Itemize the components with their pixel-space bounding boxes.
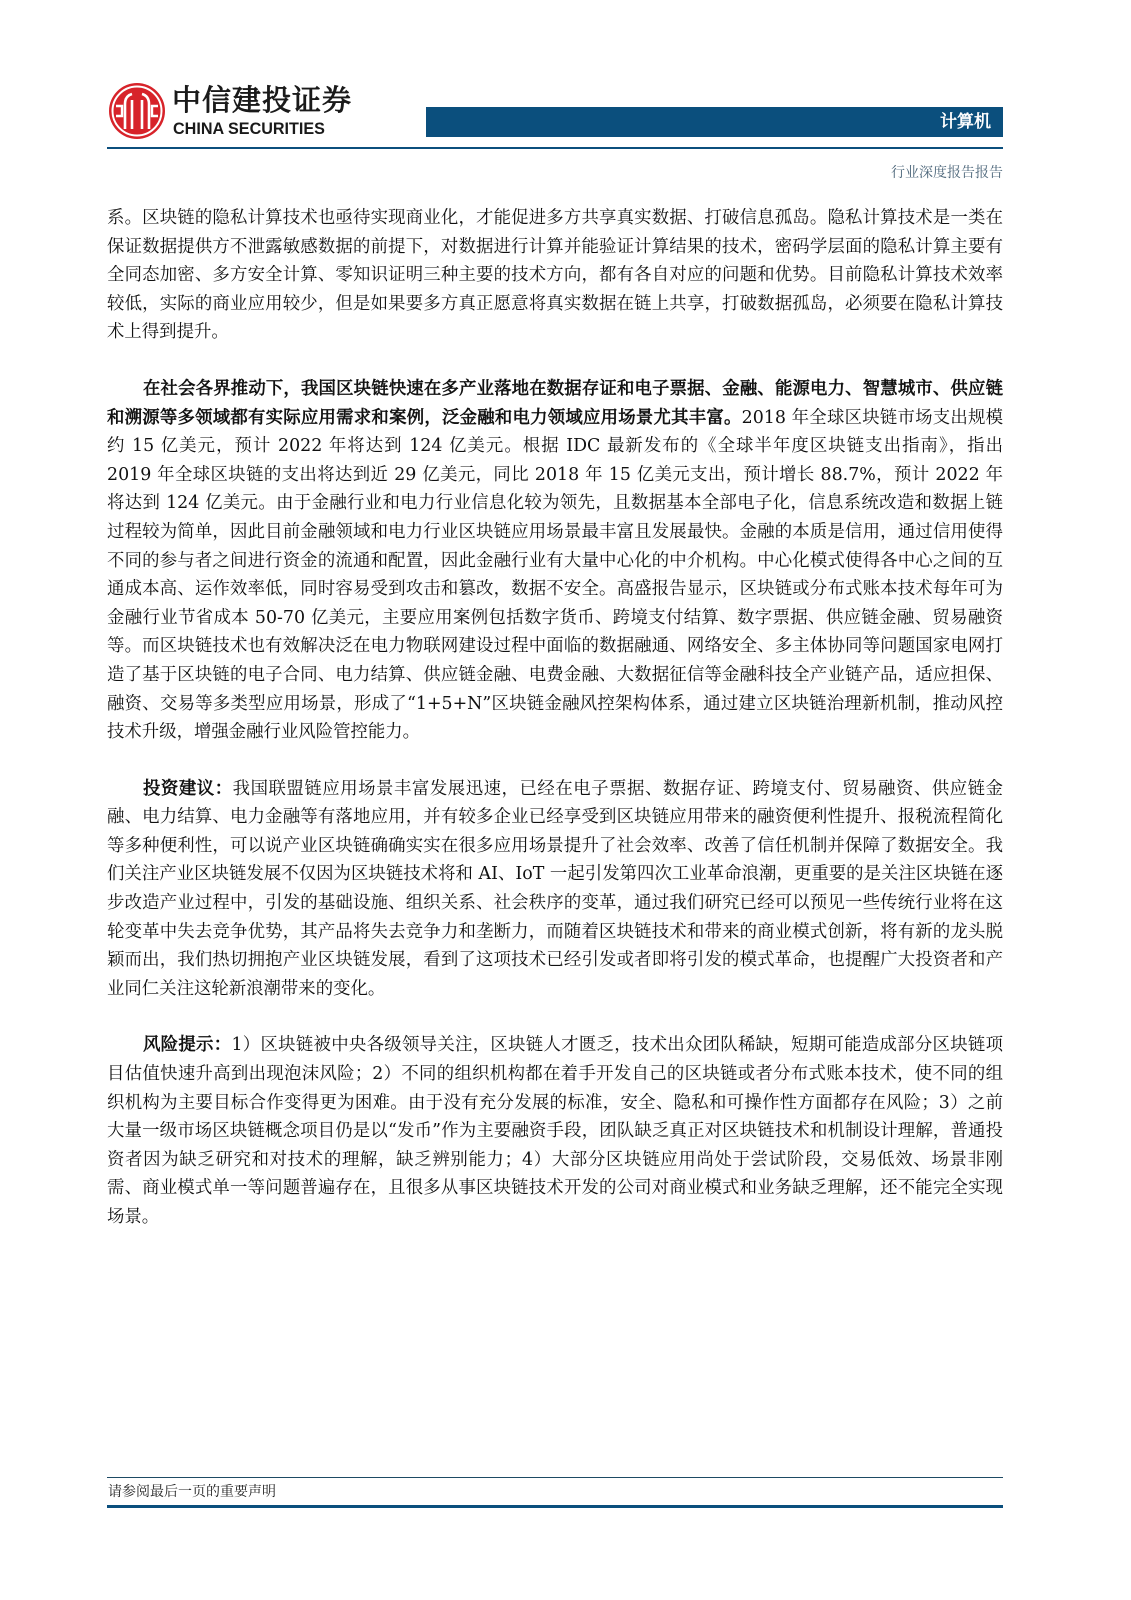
header-divider: [107, 147, 1003, 149]
paragraph-industry-adoption: 在社会各界推动下，我国区块链快速在多产业落地在数据存证和电子票据、金融、能源电力…: [107, 375, 1003, 747]
paragraph-lead: 投资建议：: [143, 779, 233, 799]
company-logo: 中信建投证券 CHINA SECURITIES: [108, 82, 358, 142]
citic-emblem-icon: [108, 82, 166, 140]
footer-divider-thin: [107, 1477, 1003, 1478]
report-body: 系。区块链的隐私计算技术也亟待实现商业化，才能促进多方共享真实数据、打破信息孤岛…: [107, 204, 1003, 1260]
logo-name-en: CHINA SECURITIES: [173, 119, 325, 139]
paragraph-text: 2018 年全球区块链市场支出规模约 15 亿美元，预计 2022 年将达到 1…: [107, 408, 1003, 743]
paragraph-investment-advice: 投资建议：我国联盟链应用场景丰富发展迅速，已经在电子票据、数据存证、跨境支付、贸…: [107, 775, 1003, 1004]
paragraph-lead: 风险提示：: [143, 1035, 231, 1055]
paragraph-text: 我国联盟链应用场景丰富发展迅速，已经在电子票据、数据存证、跨境支付、贸易融资、供…: [107, 779, 1003, 999]
logo-name-cn: 中信建投证券: [172, 84, 352, 116]
sector-label: 计算机: [940, 107, 991, 137]
sector-banner: 计算机: [426, 107, 1003, 137]
paragraph-risk-warning: 风险提示：1）区块链被中央各级领导关注，区块链人才匮乏，技术出众团队稀缺，短期可…: [107, 1031, 1003, 1231]
paragraph-text: 1）区块链被中央各级领导关注，区块链人才匮乏，技术出众团队稀缺，短期可能造成部分…: [107, 1035, 1003, 1227]
paragraph-privacy-computing: 系。区块链的隐私计算技术也亟待实现商业化，才能促进多方共享真实数据、打破信息孤岛…: [107, 204, 1003, 347]
report-type-label: 行业深度报告报告: [891, 164, 1003, 182]
disclaimer-note: 请参阅最后一页的重要声明: [108, 1482, 276, 1502]
footer-divider-thick: [107, 1505, 1003, 1508]
paragraph-text: 系。区块链的隐私计算技术也亟待实现商业化，才能促进多方共享真实数据、打破信息孤岛…: [107, 208, 1003, 342]
